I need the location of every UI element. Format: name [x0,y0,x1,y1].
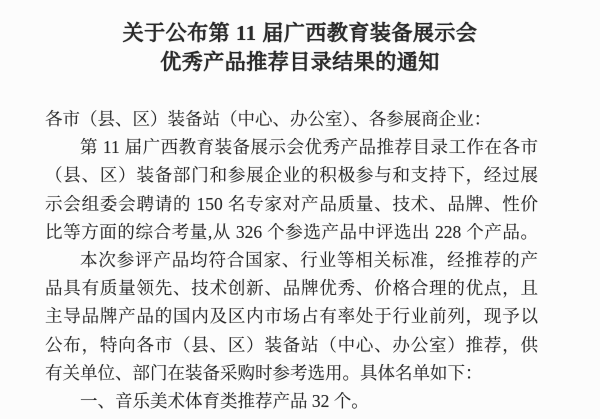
para2-line-4: 公布，特向各市（县、区）装备站（中心、办公室）推荐，供 [45,331,538,359]
document-body: 各市（县、区）装备站（中心、办公室）、各参展商企业： 第 11 届广西教育装备展… [45,105,538,415]
para1-line-2: （县、区）装备部门和参展企业的积极参与和支持下，经过展 [45,161,538,189]
para2-line-5: 有关单位、部门在装备采购时参考选用。具体名单如下： [45,359,538,387]
salutation-line: 各市（县、区）装备站（中心、办公室）、各参展商企业： [45,105,538,133]
document-title-line-2: 优秀产品推荐目录结果的通知 [0,48,600,77]
list-item-1: 一、音乐美术体育类推荐产品 32 个。 [45,387,538,415]
para1-line-1: 第 11 届广西教育装备展示会优秀产品推荐目录工作在各市 [45,133,538,161]
document-title: 关于公布第 11 届广西教育装备展示会 优秀产品推荐目录结果的通知 [0,19,600,77]
document-page: 关于公布第 11 届广西教育装备展示会 优秀产品推荐目录结果的通知 各市（县、区… [0,0,600,419]
para2-line-2: 品具有质量领先、技术创新、品牌优秀、价格合理的优点，且 [45,274,538,302]
para2-line-1: 本次参评产品均符合国家、行业等相关标准，经推荐的产 [45,246,538,274]
document-title-line-1: 关于公布第 11 届广西教育装备展示会 [0,19,600,48]
para2-line-3: 主导品牌产品的国内及区内市场占有率处于行业前列，现予以 [45,302,538,330]
para1-line-3: 示会组委会聘请的 150 名专家对产品质量、技术、品牌、性价 [45,190,538,218]
para1-line-4: 比等方面的综合考量,从 326 个参选产品中评选出 228 个产品。 [45,218,538,246]
